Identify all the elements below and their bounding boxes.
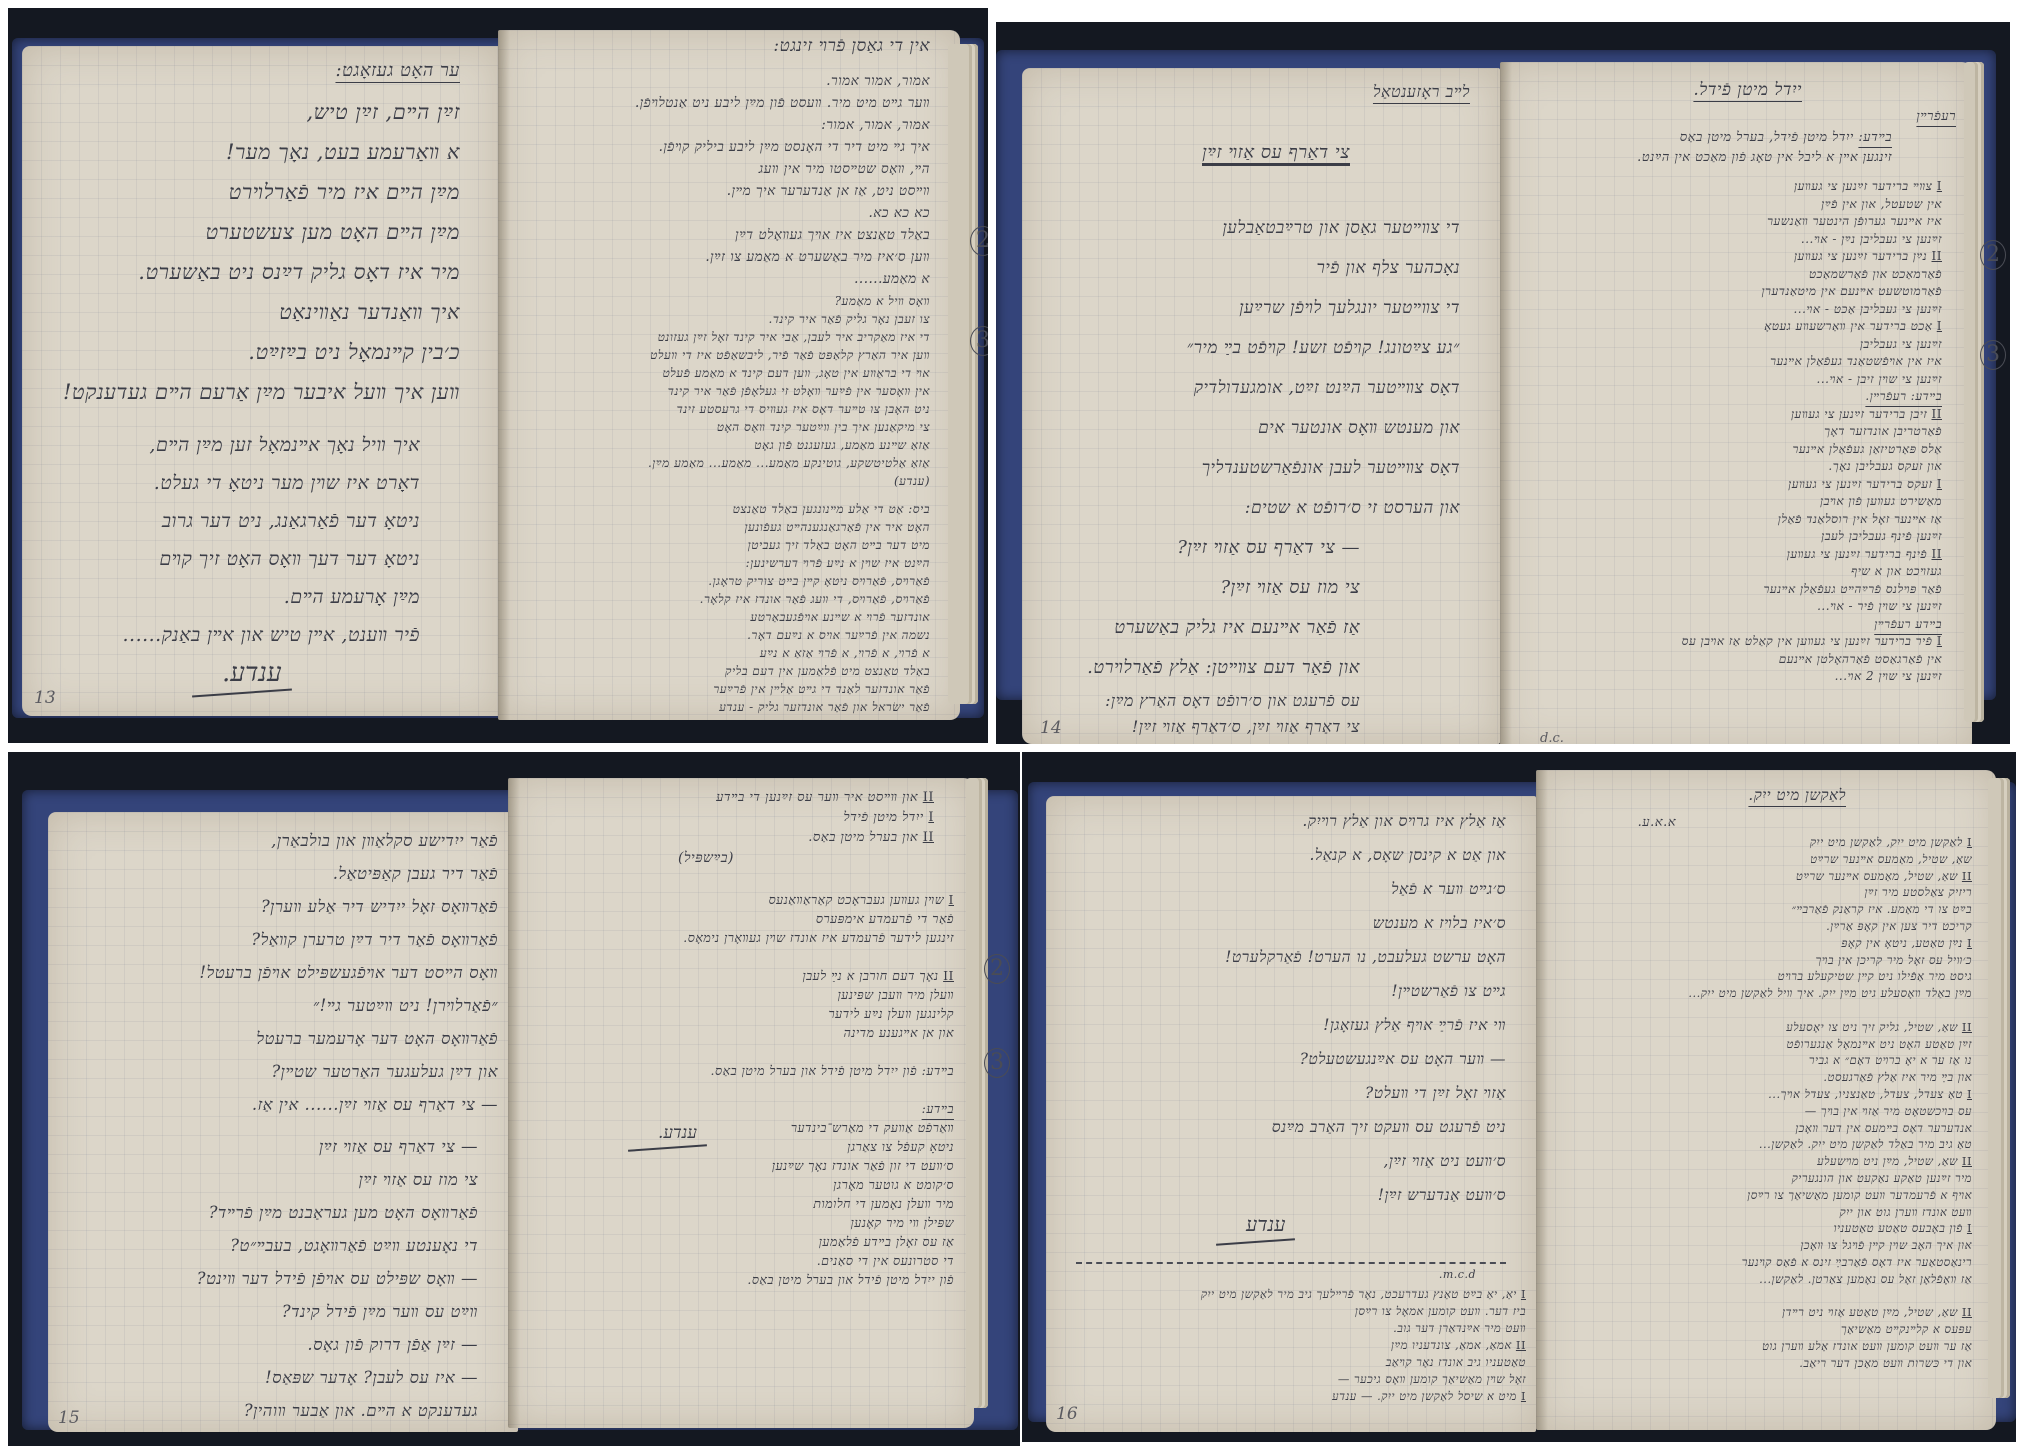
lower-verses: I יאַ, יאַ בײַט טאַנץ געדרעכט, נאָר פֿרײ… [1201,1286,1526,1405]
footer-note: d.c. [1540,731,1564,744]
signature-end: ענדע [1246,1212,1285,1237]
signature-end: ענדע. [658,1123,697,1143]
left-page: אַז אַלץ איז גרױס און אַלץ רױיִק. און אַ… [1046,796,1536,1432]
gutter-shadow [1536,770,1548,1430]
gutter-shadow [498,30,510,720]
notebook-photo-1: ער האָט געזאָגט: זײַן הײם, זײַן טיש, א װ… [8,8,988,743]
right-page: ייִדל מיטן פֿידל. רעפֿרײן בײדע: ייִדל מי… [1500,62,1972,744]
page-edges [1964,62,1984,722]
left-page: ער האָט געזאָגט: זײַן הײם, זײַן טיש, א װ… [22,46,500,716]
page-edges [966,778,988,1408]
left-page: פֿאַר ייִדישע סקלאַװן און בולבאַרן, פֿאַ… [48,812,518,1432]
note-label: m.c.d. [1439,1268,1476,1281]
margin-mark: 2 [1980,240,2006,270]
page-heading: ייִדל מיטן פֿידל. [1693,80,1802,100]
signature-end: ענדע. [222,658,282,688]
handwritten-lines-2: — צי דאַרף עס אַזױ זײַן צי מוז עס אַזױ ז… [197,1130,478,1427]
top-label: לײב ראָזענטאַל [1373,82,1470,102]
margin-mark: 3 [984,1048,1010,1078]
page-number: 16 [1056,1404,1078,1424]
handwritten-lines-2: איך װיל נאָך אײנמאָל זען מײַן הײם, דאָרט… [122,426,420,654]
handwritten-lines: אמור, אמור אמור. װער גײט מיט מיר. װעסט פ… [635,70,930,290]
handwritten-lines: פֿאַר ייִדישע סקלאַװן און בולבאַרן, פֿאַ… [199,824,498,1121]
page-heading: אין די גאַסן פֿרױ זינגט: [773,36,930,56]
header-lines: II און װײסט איר װער עס זײַנען די בײדע I … [716,788,934,848]
verse-list: I שױן געװען געבראָכט קאַראַװאַנעס פֿאַר … [683,890,954,1289]
handwritten-lines: די צװײטער גאַסן און טרײַבטאַבלען נאָכהער… [1187,208,1460,528]
attribution: (בײַשפּיל) [678,850,734,867]
gutter-shadow [508,778,520,1428]
page-number: 13 [34,688,56,708]
handwritten-lines-2: — צי דאַרף עס אַזױ זײַן? צי מוז עס אַזױ … [1087,528,1360,688]
right-page: אין די גאַסן פֿרױ זינגט: אמור, אמור אמור… [498,30,960,720]
page-heading: לאַקשן מיט ייִק. [1748,786,1846,805]
note-label: א.א.ע. [1638,814,1676,830]
margin-mark: 2 [984,954,1010,984]
page-heading: צי דאַרף עס אַזױ זײַן [1202,142,1350,166]
right-page: II און װײסט איר װער עס זײַנען די בײדע I … [508,778,974,1428]
right-page: לאַקשן מיט ייִק. א.א.ע. I לאַקשן מיט ייִ… [1536,770,1996,1430]
notebook-photo-2: לײב ראָזענטאַל צי דאַרף עס אַזױ זײַן די … [996,22,2010,744]
page-number: 15 [58,1408,80,1428]
page-edges [948,44,978,704]
handwritten-lines-3: ביס: אַט די אַלע מײנונגען באַלד טאַנצט ה… [700,500,930,716]
notebook-photo-4: אַז אַלץ איז גרױס און אַלץ רױיִק. און אַ… [1022,752,2016,1442]
left-page: לײב ראָזענטאַל צי דאַרף עס אַזױ זײַן די … [1022,68,1500,744]
chorus-block: בײדע: ייִדל מיטן פֿידל, בערל מיטן באַס ז… [1637,128,1892,168]
verse-list: I לאַקשן מיט ייִק, לאַקשן מיט ייִק שאַ, … [1688,834,1972,1372]
page-heading: ער האָט געזאָגט: [335,60,460,81]
margin-mark: 3 [1980,340,2006,370]
verse-list: I צװײ ברידער זײַנען צי געװען אין שטעטל, … [1682,178,1942,686]
page-number: 14 [1040,718,1062,738]
handwritten-lines: זײַן הײם, זײַן טיש, א װאַרעמע בעט, נאָך … [63,92,460,412]
notebook-photo-3: פֿאַר ייִדישע סקלאַװן און בולבאַרן, פֿאַ… [8,752,1020,1446]
handwritten-lines-2: װאָס װיל א מאַמע? צו זעבן נאָר גליק פֿאַ… [648,292,930,490]
dashed-divider [1076,1262,1506,1264]
side-label-refrain: רעפֿרײן [1916,108,1956,124]
gutter-shadow [1500,62,1512,744]
handwritten-lines-3: עס פֿרעגט און ס׳רופֿט דאָס האַרץ מײַן: צ… [1105,688,1360,740]
page-edges [1988,778,2010,1398]
handwritten-lines: אַז אַלץ איז גרױס און אַלץ רױיִק. און אַ… [1225,804,1506,1212]
